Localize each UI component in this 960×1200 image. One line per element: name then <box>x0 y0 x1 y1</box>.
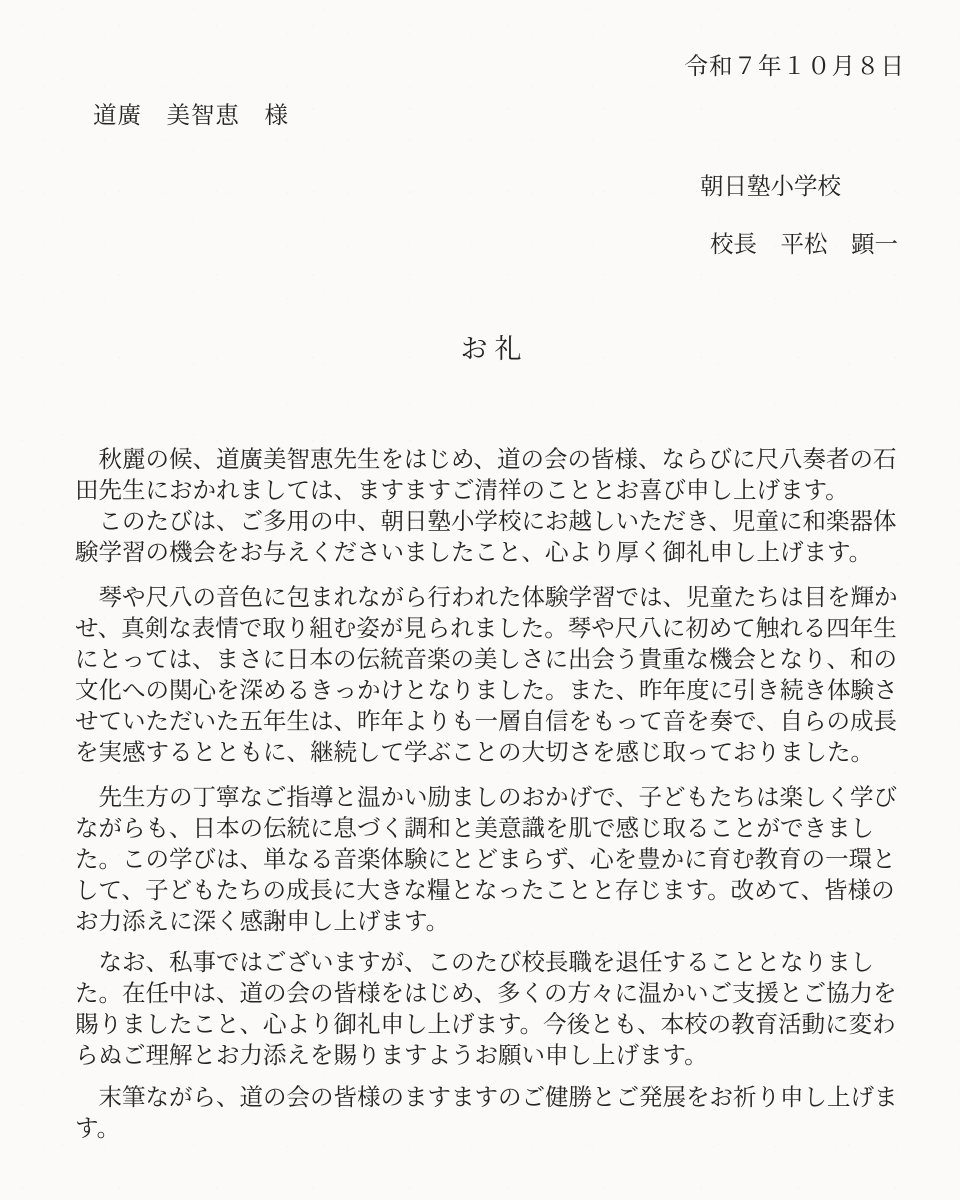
body-line: せ、真剣な表情で取り組む姿が見られました。琴や尺八に初めて触れる四年生 <box>75 614 907 645</box>
recipient-name: 道廣 美智恵 様 <box>75 101 907 132</box>
body-line: 琴や尺八の音色に包まれながら行われた体験学習では、児童たちは目を輝か <box>75 583 907 614</box>
body-paragraph-closing: 末筆ながら、道の会の皆様のますますのご健勝とご発展をお祈り申し上げま す。 <box>75 1083 907 1145</box>
body-line: た。この学びは、単なる音楽体験にとどまらず、心を豊かに育む教育の一環と <box>75 845 907 876</box>
date-line: 令和７年１０月８日 <box>75 52 907 83</box>
sender-name: 校長 平松 顕一 <box>75 230 907 261</box>
body-line: た。在任中は、道の会の皆様をはじめ、多くの方々に温かいご支援とご協力を <box>75 979 907 1010</box>
body-paragraph-thanks: このたびは、ご多用の中、朝日塾小学校にお越しいただき、児童に和楽器体 験学習の機… <box>75 507 907 569</box>
letter-title: お礼 <box>75 331 907 367</box>
body-line: ながらも、日本の伝統に息づく調和と美意識を肌で感じ取ることができまし <box>75 814 907 845</box>
body-paragraph-gratitude: 先生方の丁寧なご指導と温かい励ましのおかげで、子どもたちは楽しく学び ながらも、… <box>75 783 907 938</box>
body-line: お力添えに深く感謝申し上げます。 <box>75 907 907 938</box>
body-line: なお、私事ではございますが、このたび校長職を退任することとなりまし <box>75 948 907 979</box>
body-line: 験学習の機会をお与えくださいましたこと、心より厚く御礼申し上げます。 <box>75 538 907 569</box>
body-line: す。 <box>75 1114 907 1145</box>
sender-school: 朝日塾小学校 <box>75 172 907 203</box>
body-line: 賜りましたこと、心より御礼申し上げます。今後とも、本校の教育活動に変わ <box>75 1010 907 1041</box>
body-line: にとっては、まさに日本の伝統音楽の美しさに出会う貴重な機会となり、和の <box>75 645 907 676</box>
body-line: 文化への関心を深めるきっかけとなりました。また、昨年度に引き続き体験さ <box>75 676 907 707</box>
body-paragraph-greeting: 秋麗の候、道廣美智恵先生をはじめ、道の会の皆様、ならびに尺八奏者の石 田先生にお… <box>75 445 907 507</box>
letter-body: 秋麗の候、道廣美智恵先生をはじめ、道の会の皆様、ならびに尺八奏者の石 田先生にお… <box>75 445 907 1145</box>
body-line: 田先生におかれましては、ますますご清祥のこととお喜び申し上げます。 <box>75 476 907 507</box>
body-line: せていただいた五年生は、昨年よりも一層自信をもって音を奏で、自らの成長 <box>75 707 907 738</box>
body-line: を実感するとともに、継続して学ぶことの大切さを感じ取っておりました。 <box>75 738 907 769</box>
body-line: 秋麗の候、道廣美智恵先生をはじめ、道の会の皆様、ならびに尺八奏者の石 <box>75 445 907 476</box>
body-line: して、子どもたちの成長に大きな糧となったことと存じます。改めて、皆様の <box>75 876 907 907</box>
body-line: 先生方の丁寧なご指導と温かい励ましのおかげで、子どもたちは楽しく学び <box>75 783 907 814</box>
scanned-letter-page: 令和７年１０月８日 道廣 美智恵 様 朝日塾小学校 校長 平松 顕一 お礼 秋麗… <box>0 0 960 1200</box>
body-line: 末筆ながら、道の会の皆様のますますのご健勝とご発展をお祈り申し上げま <box>75 1083 907 1114</box>
body-paragraph-retirement: なお、私事ではございますが、このたび校長職を退任することとなりまし た。在任中は… <box>75 948 907 1072</box>
body-paragraph-lesson: 琴や尺八の音色に包まれながら行われた体験学習では、児童たちは目を輝か せ、真剣な… <box>75 583 907 769</box>
letter-content: 令和７年１０月８日 道廣 美智恵 様 朝日塾小学校 校長 平松 顕一 お礼 秋麗… <box>75 0 907 1145</box>
body-line: このたびは、ご多用の中、朝日塾小学校にお越しいただき、児童に和楽器体 <box>75 507 907 538</box>
body-line: らぬご理解とお力添えを賜りますようお願い申し上げます。 <box>75 1041 907 1072</box>
